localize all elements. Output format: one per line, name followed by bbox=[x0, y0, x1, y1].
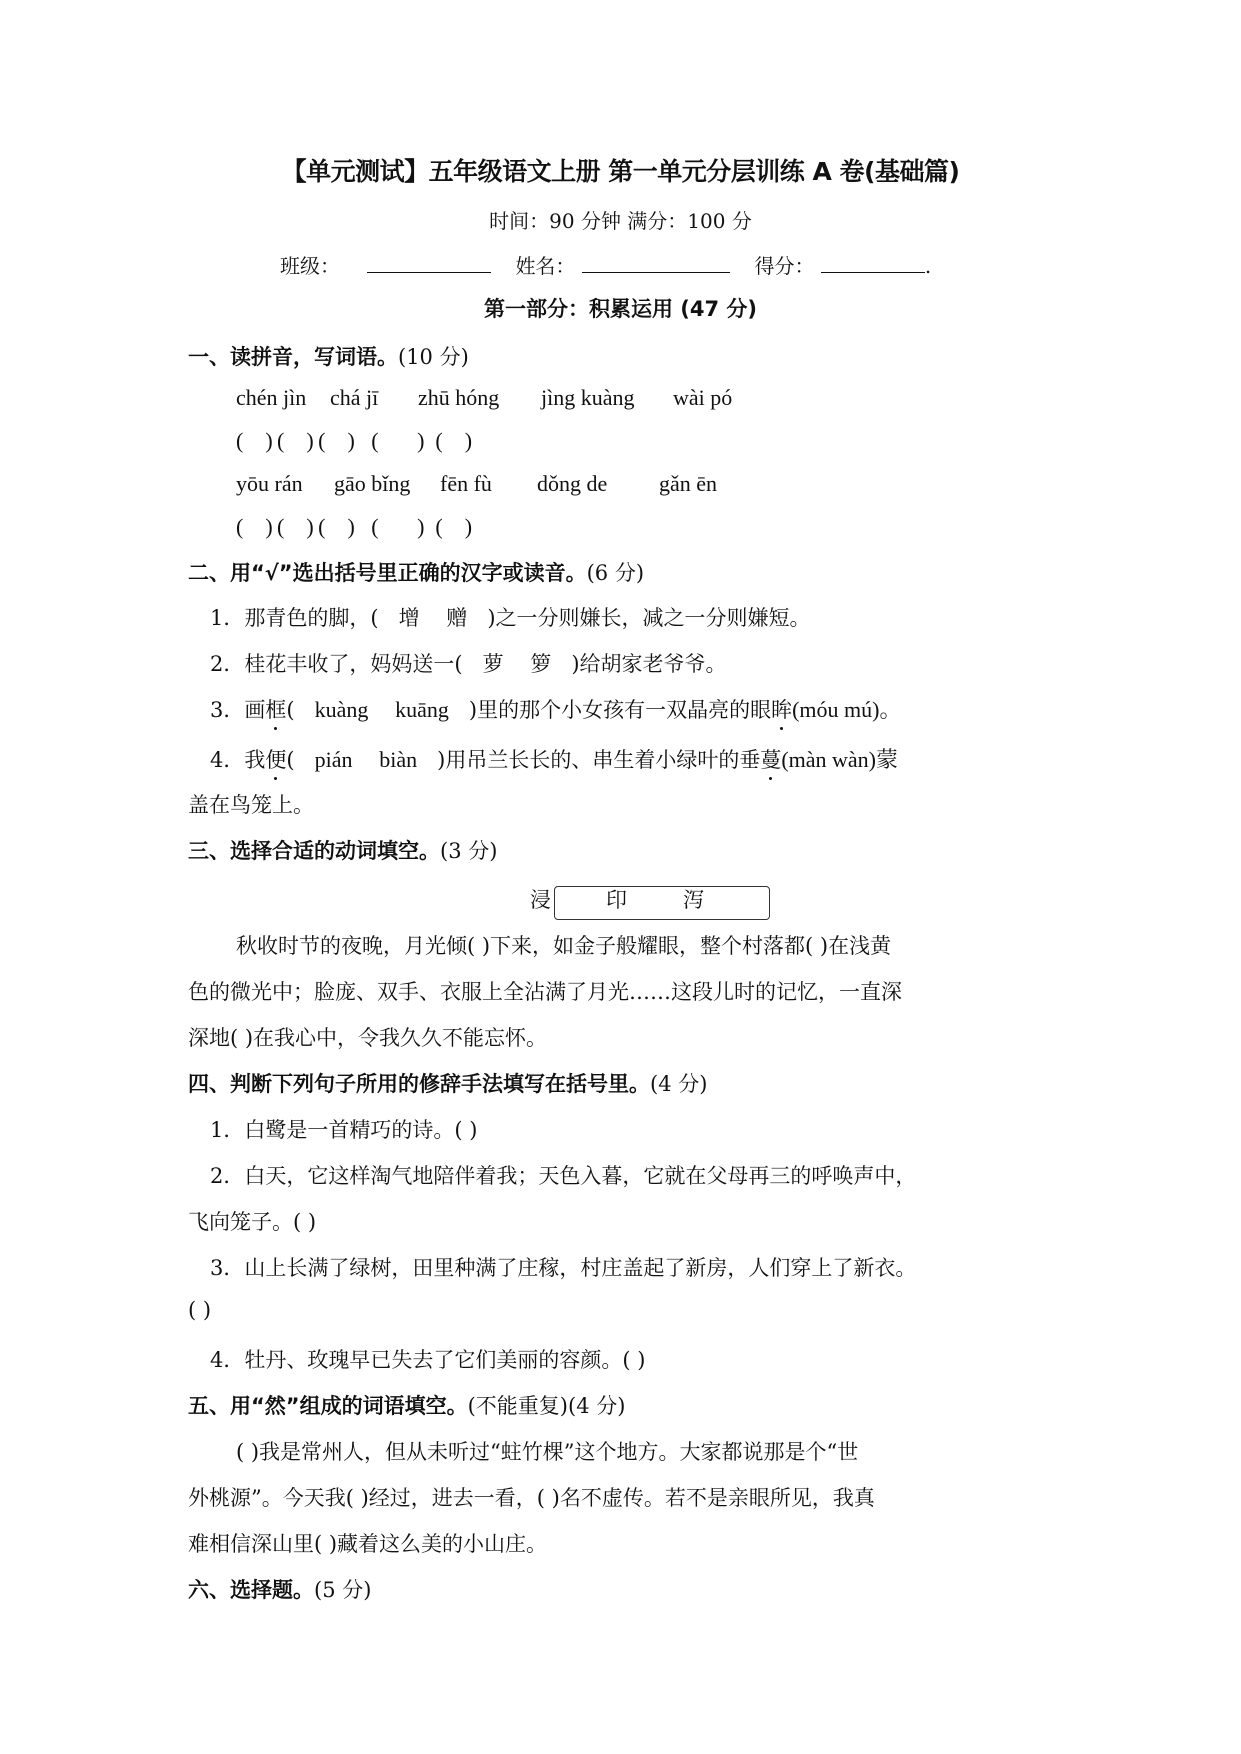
exam-page: 【单元测试】五年级语文上册 第一单元分层训练 A 卷(基础篇) 时间：90 分钟… bbox=[0, 0, 1241, 1754]
q1-heading-text: 一、读拼音，写词语。 bbox=[188, 345, 398, 369]
option[interactable]: 萝 bbox=[483, 652, 504, 676]
field-end: . bbox=[925, 254, 931, 278]
q2-item-4: 4．我便( pián biàn )用吊兰长长的、串生着小绿叶的垂蔓(màn wà… bbox=[210, 743, 898, 774]
q6-points: (5 分) bbox=[314, 1578, 371, 1602]
q2-item-1: 1．那青色的脚，( 增 赠 )之一分则嫌长，减之一分则嫌短。 bbox=[210, 602, 811, 632]
emphasis-char: 蔓 bbox=[760, 744, 781, 774]
q5-points: (不能重复)(4 分) bbox=[468, 1394, 626, 1418]
pinyin-8: fēn fù bbox=[440, 471, 492, 497]
option[interactable]: pián bbox=[315, 747, 353, 772]
q3-heading-text: 三、选择合适的动词填空。 bbox=[188, 839, 440, 863]
option[interactable]: biàn bbox=[379, 747, 417, 772]
score-field[interactable] bbox=[821, 254, 925, 273]
word-option-1: 浸 bbox=[530, 884, 551, 914]
score-label: 得分： bbox=[755, 254, 815, 278]
q6-heading: 六、选择题。(5 分) bbox=[188, 1574, 371, 1604]
word-bank-box bbox=[554, 886, 770, 920]
q4-item-3-cont: ( ) bbox=[188, 1298, 211, 1322]
q4-heading: 四、判断下列句子所用的修辞手法填写在括号里。(4 分) bbox=[188, 1068, 707, 1098]
name-label: 姓名： bbox=[515, 254, 575, 278]
q5-heading: 五、用“然”组成的词语填空。(不能重复)(4 分) bbox=[188, 1390, 625, 1420]
exam-title: 【单元测试】五年级语文上册 第一单元分层训练 A 卷(基础篇) bbox=[0, 152, 1241, 188]
pinyin-3: zhū hóng bbox=[418, 385, 499, 411]
q3-line-1: 秋收时节的夜晚，月光倾( )下来，如金子般耀眼，整个村落都( )在浅黄 bbox=[236, 930, 891, 960]
q5-line-2: 外桃源”。今天我( )经过，进去一看，( )名不虚传。若不是亲眼所见，我真 bbox=[188, 1482, 875, 1512]
pinyin-7: gāo bǐng bbox=[334, 471, 410, 497]
part1-title: 第一部分：积累运用 (47 分) bbox=[0, 293, 1241, 323]
option[interactable]: kuàng bbox=[315, 697, 369, 722]
q5-line-1: ( )我是常州人，但从未听过“蛀竹棵”这个地方。大家都说那是个“世 bbox=[236, 1436, 858, 1466]
pinyin-1: chén jìn bbox=[236, 385, 306, 411]
q3-line-2: 色的微光中；脸庞、双手、衣服上全沾满了月光……这段儿时的记忆，一直深 bbox=[188, 976, 902, 1006]
q2-item-2: 2．桂花丰收了，妈妈送一( 萝 箩 )给胡家老爷爷。 bbox=[210, 648, 727, 678]
q4-item-1: 1．白鹭是一首精巧的诗。( ) bbox=[210, 1114, 477, 1144]
option[interactable]: 赠 bbox=[446, 606, 467, 630]
q2-heading: 二、用“√”选出括号里正确的汉字或读音。(6 分) bbox=[188, 557, 644, 587]
q2-item-4-cont: 盖在鸟笼上。 bbox=[188, 789, 314, 819]
word-option-2: 印 bbox=[606, 884, 627, 914]
q1-heading: 一、读拼音，写词语。(10 分) bbox=[188, 341, 469, 371]
q4-item-4: 4．牡丹、玫瑰早已失去了它们美丽的容颜。( ) bbox=[210, 1344, 645, 1374]
class-field[interactable] bbox=[367, 254, 491, 273]
pinyin-10: gǎn ēn bbox=[659, 471, 717, 497]
option[interactable]: kuāng bbox=[395, 697, 449, 722]
pinyin-2: chá jī bbox=[330, 385, 378, 411]
q4-item-2-cont: 飞向笼子。( ) bbox=[188, 1206, 316, 1236]
answer-row-2[interactable]: ( ) ( ) ( ) ( ) ( ) bbox=[236, 514, 472, 540]
q4-item-2: 2．白天，它这样淘气地陪伴着我；天色入暮，它就在父母再三的呼唤声中， bbox=[210, 1160, 916, 1190]
pinyin-5: wài pó bbox=[673, 385, 732, 411]
name-field[interactable] bbox=[582, 254, 730, 273]
option[interactable]: 箩 bbox=[530, 652, 551, 676]
q3-line-3: 深地( )在我心中，令我久久不能忘怀。 bbox=[188, 1022, 547, 1052]
emphasis-char: 眸 bbox=[771, 694, 792, 724]
q2-heading-text: 二、用“√”选出括号里正确的汉字或读音。 bbox=[188, 561, 587, 585]
q5-line-3: 难相信深山里( )藏着这么美的小山庄。 bbox=[188, 1528, 547, 1558]
q5-heading-text: 五、用“然”组成的词语填空。 bbox=[188, 1394, 468, 1418]
option[interactable]: 增 bbox=[399, 606, 420, 630]
q2-points: (6 分) bbox=[587, 561, 644, 585]
q3-heading: 三、选择合适的动词填空。(3 分) bbox=[188, 835, 497, 865]
emphasis-char: 框 bbox=[265, 694, 286, 724]
word-option-3: 泻 bbox=[683, 884, 704, 914]
pinyin-4: jìng kuàng bbox=[541, 385, 635, 411]
q4-heading-text: 四、判断下列句子所用的修辞手法填写在括号里。 bbox=[188, 1072, 650, 1096]
time-info: 时间：90 分钟 满分：100 分 bbox=[0, 205, 1241, 234]
pinyin-6: yōu rán bbox=[236, 471, 303, 497]
answer-row-1[interactable]: ( ) ( ) ( ) ( ) ( ) bbox=[236, 428, 472, 454]
q3-points: (3 分) bbox=[440, 839, 497, 863]
q2-item-3: 3．画框( kuàng kuāng )里的那个小女孩有一双晶亮的眼眸(móu m… bbox=[210, 693, 901, 724]
student-info-fields: 班级： 姓名： 得分： . bbox=[280, 250, 931, 279]
q4-points: (4 分) bbox=[650, 1072, 707, 1096]
q4-item-3: 3．山上长满了绿树，田里种满了庄稼，村庄盖起了新房，人们穿上了新衣。 bbox=[210, 1252, 916, 1282]
emphasis-char: 便 bbox=[265, 744, 286, 774]
q6-heading-text: 六、选择题。 bbox=[188, 1578, 314, 1602]
class-label: 班级： bbox=[280, 254, 340, 278]
q1-points: (10 分) bbox=[398, 345, 469, 369]
pinyin-9: dǒng de bbox=[537, 471, 607, 497]
